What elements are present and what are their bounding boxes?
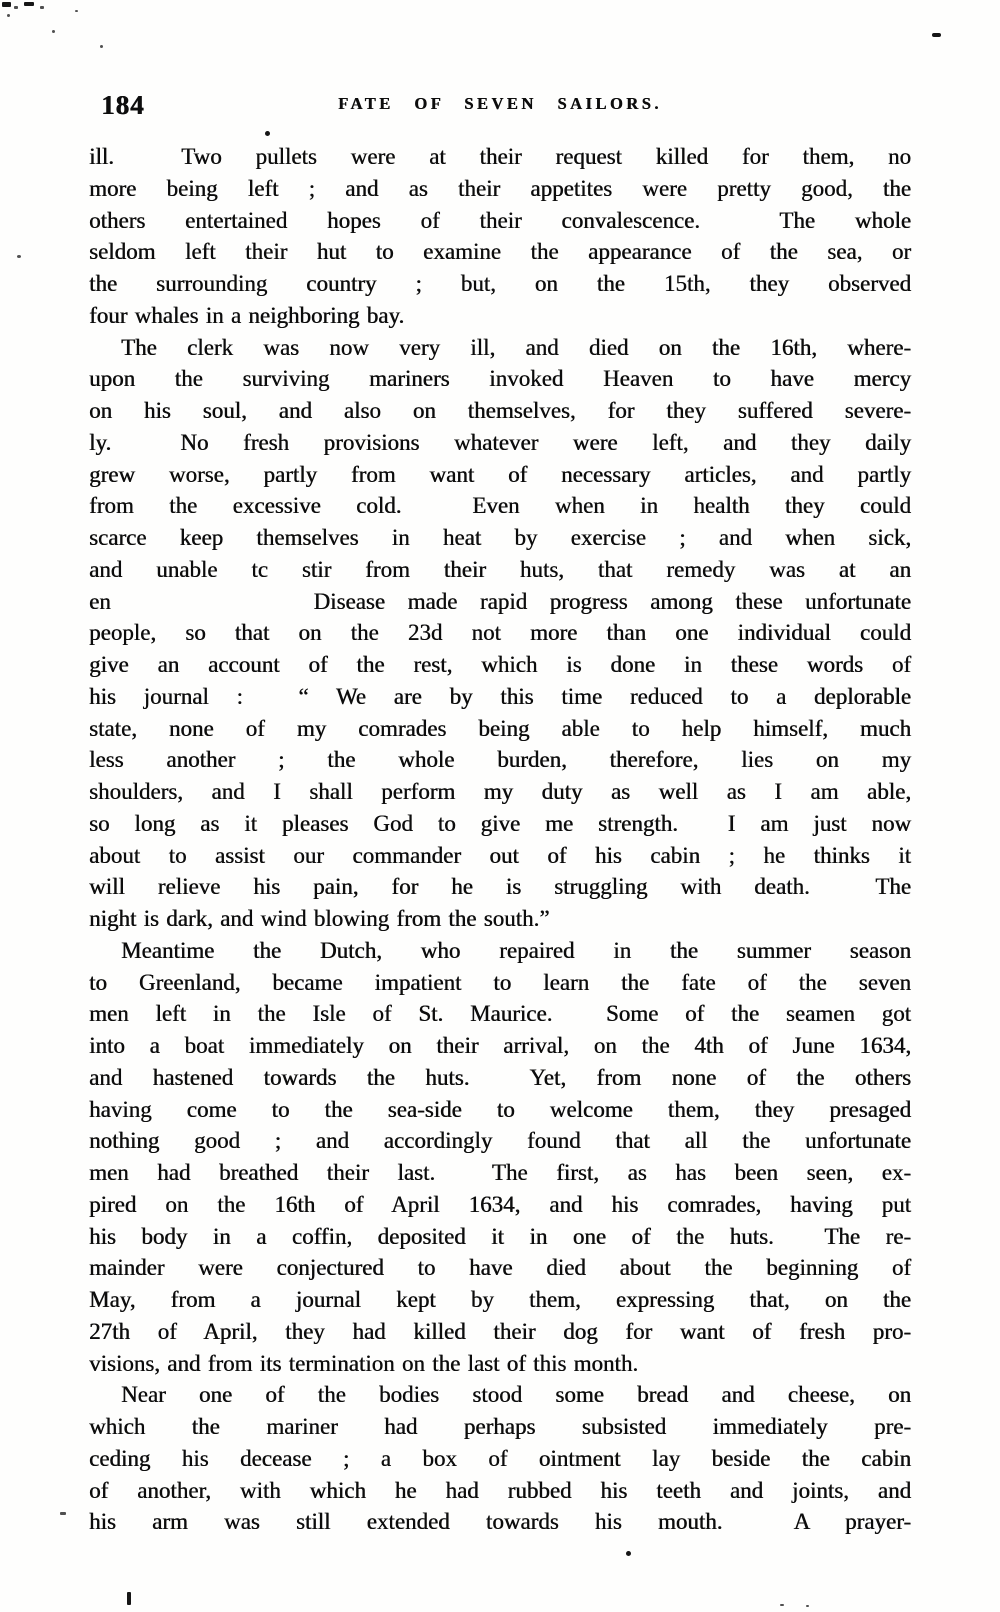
scan-speck [17,255,21,258]
text-line: so long as it pleases God to give me str… [89,808,911,840]
text-line: having come to the sea-side to welcome t… [89,1094,911,1126]
text-line: about to assist our commander out of his… [89,840,911,872]
text-line: ly. No fresh provisions whatever were le… [89,427,911,459]
text-line: from the excessive cold. Even when in he… [89,490,911,522]
text-line: pired on the 16th of April 1634, and his… [89,1189,911,1221]
text-line: nothing good ; and accordingly found tha… [89,1125,911,1157]
text-line: into a boat immediately on their arrival… [89,1030,911,1062]
text-line: others entertained hopes of their conval… [89,205,911,237]
text-line: ill. Two pullets were at their request k… [89,141,911,173]
scan-speck [52,30,55,33]
scan-speck [265,131,270,136]
book-page-scan: 184 FATE OF SEVEN SAILORS. ill. Two pull… [0,0,1000,1612]
text-line: more being left ; and as their appetites… [89,173,911,205]
text-line: state, none of my comrades being able to… [89,713,911,745]
text-line: his journal : “ We are by this time redu… [89,681,911,713]
scan-speck [780,1604,784,1606]
text-line: and unable tc stir from their huts, that… [89,554,911,586]
text-line: mainder were conjectured to have died ab… [89,1252,911,1284]
text-line: seldom left their hut to examine the app… [89,236,911,268]
text-line: to Greenland, became impatient to learn … [89,967,911,999]
text-line: scarce keep themselves in heat by exerci… [89,522,911,554]
text-line: which the mariner had perhaps subsisted … [89,1411,911,1443]
text-line: upon the surviving mariners invoked Heav… [89,363,911,395]
text-line: ceding his decease ; a box of ointment l… [89,1443,911,1475]
scan-speck [626,1551,631,1556]
text-line: and hastened towards the huts. Yet, from… [89,1062,911,1094]
scan-smudge [40,6,44,9]
text-line: four whales in a neighboring bay. [89,300,911,332]
text-line: men had breathed their last. The first, … [89,1157,911,1189]
running-head-title: FATE OF SEVEN SAILORS. [0,94,1000,114]
text-line: less another ; the whole burden, therefo… [89,744,911,776]
text-line: will relieve his pain, for he is struggl… [89,871,911,903]
scan-speck [100,45,103,48]
text-line: shoulders, and I shall perform my duty a… [89,776,911,808]
text-line: Meantime the Dutch, who repaired in the … [89,935,911,967]
text-line: 27th of April, they had killed their dog… [89,1316,911,1348]
text-line: visions, and from its termination on the… [89,1348,911,1380]
scan-smudge [2,2,11,7]
text-line: grew worse, partly from want of necessar… [89,459,911,491]
body-text-block: ill. Two pullets were at their request k… [89,141,911,1538]
page-header: 184 FATE OF SEVEN SAILORS. [0,88,1000,120]
text-line: on his soul, and also on themselves, for… [89,395,911,427]
scan-speck [7,14,10,17]
text-line: The clerk was now very ill, and died on … [89,332,911,364]
scan-speck [806,1605,809,1607]
scan-tick [127,1592,131,1605]
scan-dash [932,33,941,37]
scan-smudge [14,6,18,9]
scan-smudge [24,2,34,6]
text-line: of another, with which he had rubbed his… [89,1475,911,1507]
scan-speck [75,10,78,12]
text-line: night is dark, and wind blowing from the… [89,903,911,935]
text-line: May, from a journal kept by them, expres… [89,1284,911,1316]
text-line: his arm was still extended towards his m… [89,1506,911,1538]
text-line: men left in the Isle of St. Maurice. Som… [89,998,911,1030]
text-line: people, so that on the 23d not more than… [89,617,911,649]
text-line: give an account of the rest, which is do… [89,649,911,681]
text-line: Near one of the bodies stood some bread … [89,1379,911,1411]
text-line: the surrounding country ; but, on the 15… [89,268,911,300]
text-line: en Disease made rapid progress among the… [89,586,911,618]
scan-dash [60,1512,66,1515]
text-line: his body in a coffin, deposited it in on… [89,1221,911,1253]
